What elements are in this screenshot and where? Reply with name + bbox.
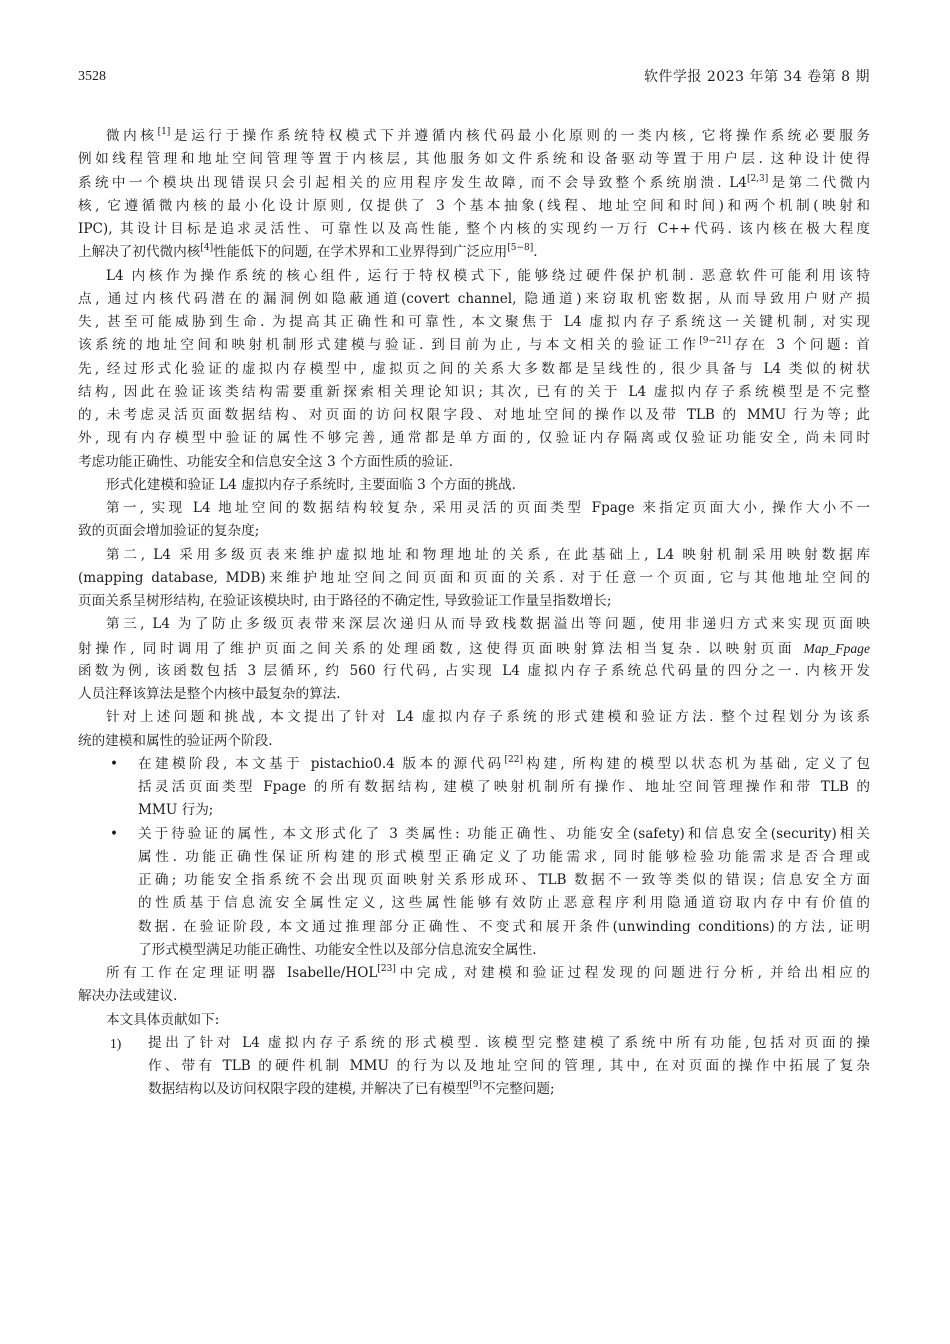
line-text: 第三, L4 为了防止多级页表带来深层次递归从而导致栈数据溢出等问题, 使用非递… bbox=[106, 616, 870, 632]
line-text: 结构, 因此在验证该类结构需要重新探索相关理论知识; 其次, 已有的关于 L4 … bbox=[78, 384, 870, 400]
paragraph: 本文具体贡献如下: bbox=[78, 1009, 870, 1032]
text-line: 页面关系呈树形结构, 在验证该模块时, 由于路径的不确定性, 导致验证工作量呈指… bbox=[78, 590, 870, 613]
text-line: 第二, L4 采用多级页表来维护虚拟地址和物理地址的关系, 在此基础上, L4 … bbox=[78, 544, 870, 567]
text-line: IPC), 其设计目标是追求灵活性、可靠性以及高性能, 整个内核的实现约一万行 … bbox=[78, 218, 870, 241]
line-text: 针对上述问题和挑战, 本文提出了针对 L4 虚拟内存子系统的形式建模和验证方法.… bbox=[106, 709, 870, 725]
article-body: 微内核[1]是运行于操作系统特权模式下并遵循内核代码最小化原则的一类内核, 它将… bbox=[78, 125, 870, 1102]
text-line: 微内核[1]是运行于操作系统特权模式下并遵循内核代码最小化原则的一类内核, 它将… bbox=[78, 125, 870, 148]
line-text: 作、带有 TLB 的硬件机制 MMU 的行为以及地址空间的管理, 其中, 在对页… bbox=[148, 1058, 870, 1074]
line-text: 第一, 实现 L4 地址空间的数据结构较复杂, 采用灵活的页面类型 Fpage … bbox=[106, 500, 870, 516]
text-line: 点, 通过内核代码潜在的漏洞例如隐蔽通道(covert channel, 隐通道… bbox=[78, 288, 870, 311]
text-line: 外, 现有内存模型中验证的属性不够完善, 通常都是单方面的, 仅验证内存隔离或仅… bbox=[78, 427, 870, 450]
line-text: 所有工作在定理证明器 Isabelle/HOL[23]中完成, 对建模和验证过程… bbox=[106, 965, 870, 981]
bullet-item: •在建模阶段, 本文基于 pistachio0.4 版本的源代码[22]构建, … bbox=[78, 753, 870, 823]
text-line: 1)提出了针对 L4 虚拟内存子系统的形式模型. 该模型完整建模了系统中所有功能… bbox=[78, 1032, 870, 1055]
paragraph: 微内核[1]是运行于操作系统特权模式下并遵循内核代码最小化原则的一类内核, 它将… bbox=[78, 125, 870, 265]
citation-ref[interactable]: [22] bbox=[505, 755, 523, 765]
line-text: 正确; 功能安全指系统不会出现页面映射关系形成环、TLB 数据不一致等类似的错误… bbox=[138, 872, 870, 888]
line-text: 失, 甚至可能威胁到生命. 为提高其正确性和可靠性, 本文聚焦于 L4 虚拟内存… bbox=[78, 314, 870, 330]
line-text: 在建模阶段, 本文基于 pistachio0.4 版本的源代码[22]构建, 所… bbox=[138, 756, 870, 772]
journal-info: 软件学报 2023 年第 34 卷第 8 期 bbox=[644, 66, 870, 88]
line-text: 该系统的地址空间和映射机制形式建模与验证. 到目前为止, 与本文相关的验证工作[… bbox=[78, 337, 870, 353]
paragraph: 第二, L4 采用多级页表来维护虚拟地址和物理地址的关系, 在此基础上, L4 … bbox=[78, 544, 870, 614]
line-text: 第二, L4 采用多级页表来维护虚拟地址和物理地址的关系, 在此基础上, L4 … bbox=[106, 547, 870, 563]
paragraph: 所有工作在定理证明器 Isabelle/HOL[23]中完成, 对建模和验证过程… bbox=[78, 962, 870, 1009]
text-line: 核, 它遵循微内核的最小化设计原则, 仅提供了 3 个基本抽象(线程、地址空间和… bbox=[78, 195, 870, 218]
line-text: 上解决了初代微内核[4]性能低下的问题, 在学术界和工业界得到广泛应用[5−8]… bbox=[78, 244, 538, 260]
citation-ref[interactable]: [9−21] bbox=[699, 336, 731, 346]
bullet-icon: • bbox=[110, 753, 118, 776]
bullet-icon: • bbox=[110, 823, 118, 846]
page-number: 3528 bbox=[78, 66, 106, 88]
line-text: 先, 经过形式化验证的虚拟内存模型中, 虚拟页之间的关系大多数都是呈线性的, 很… bbox=[78, 361, 870, 377]
text-line: 形式化建模和验证 L4 虚拟内存子系统时, 主要面临 3 个方面的挑战. bbox=[78, 474, 870, 497]
text-line: 针对上述问题和挑战, 本文提出了针对 L4 虚拟内存子系统的形式建模和验证方法.… bbox=[78, 706, 870, 729]
text-line: 第一, 实现 L4 地址空间的数据结构较复杂, 采用灵活的页面类型 Fpage … bbox=[78, 497, 870, 520]
line-text: 系统中一个模块出现错误只会引起相关的应用程序发生故障, 而不会导致整个系统崩溃.… bbox=[78, 175, 870, 191]
line-text: IPC), 其设计目标是追求灵活性、可靠性以及高性能, 整个内核的实现约一万行 … bbox=[78, 221, 870, 237]
line-text: 数据. 在验证阶段, 本文通过推理部分正确性、不变式和展开条件(unwindin… bbox=[138, 919, 870, 935]
bullet-item: •关于待验证的属性, 本文形式化了 3 类属性: 功能正确性、功能安全(safe… bbox=[78, 823, 870, 963]
text-line: •在建模阶段, 本文基于 pistachio0.4 版本的源代码[22]构建, … bbox=[78, 753, 870, 776]
line-text: 点, 通过内核代码潜在的漏洞例如隐蔽通道(covert channel, 隐通道… bbox=[78, 291, 870, 307]
paragraph: 形式化建模和验证 L4 虚拟内存子系统时, 主要面临 3 个方面的挑战. bbox=[78, 474, 870, 497]
citation-ref[interactable]: [2,3] bbox=[747, 174, 768, 184]
paragraph: 第三, L4 为了防止多级页表带来深层次递归从而导致栈数据溢出等问题, 使用非递… bbox=[78, 613, 870, 706]
line-text: 核, 它遵循微内核的最小化设计原则, 仅提供了 3 个基本抽象(线程、地址空间和… bbox=[78, 198, 870, 214]
line-text: (mapping database, MDB)来维护地址空间之间页面和页面的关系… bbox=[78, 570, 870, 586]
text-line: 所有工作在定理证明器 Isabelle/HOL[23]中完成, 对建模和验证过程… bbox=[78, 962, 870, 985]
line-text: 人员注释该算法是整个内核中最复杂的算法. bbox=[78, 686, 341, 702]
line-text: 外, 现有内存模型中验证的属性不够完善, 通常都是单方面的, 仅验证内存隔离或仅… bbox=[78, 430, 870, 446]
text-line: 数据结构以及访问权限字段的建模, 并解决了已有模型[9]不完整问题; bbox=[78, 1078, 870, 1101]
line-text: 函数为例, 该函数包括 3 层循环, 约 560 行代码, 占实现 L4 虚拟内… bbox=[78, 663, 870, 679]
line-text: 统的建模和属性的验证两个阶段. bbox=[78, 733, 273, 749]
text-line: 函数为例, 该函数包括 3 层循环, 约 560 行代码, 占实现 L4 虚拟内… bbox=[78, 660, 870, 683]
list-number: 1) bbox=[110, 1032, 121, 1055]
citation-ref[interactable]: [23] bbox=[377, 964, 395, 974]
numbered-item: 1)提出了针对 L4 虚拟内存子系统的形式模型. 该模型完整建模了系统中所有功能… bbox=[78, 1032, 870, 1102]
text-line: 了形式模型满足功能正确性、功能安全性以及部分信息流安全属性. bbox=[78, 939, 870, 962]
text-line: 括灵活页面类型 Fpage 的所有数据结构, 建模了映射机制所有操作、地址空间管… bbox=[78, 776, 870, 799]
text-line: (mapping database, MDB)来维护地址空间之间页面和页面的关系… bbox=[78, 567, 870, 590]
line-text: 致的页面会增加验证的复杂度; bbox=[78, 523, 259, 539]
line-text: 解决办法或建议. bbox=[78, 988, 177, 1004]
paragraph: 针对上述问题和挑战, 本文提出了针对 L4 虚拟内存子系统的形式建模和验证方法.… bbox=[78, 706, 870, 753]
citation-ref[interactable]: [1] bbox=[158, 127, 171, 137]
text-line: 的性质基于信息流安全属性定义, 这些属性能够有效防止恶意程序利用隐通道窃取内存中… bbox=[78, 892, 870, 915]
text-line: 系统中一个模块出现错误只会引起相关的应用程序发生故障, 而不会导致整个系统崩溃.… bbox=[78, 172, 870, 195]
line-text: 本文具体贡献如下: bbox=[106, 1012, 219, 1028]
page-header: 3528 软件学报 2023 年第 34 卷第 8 期 bbox=[78, 66, 870, 88]
citation-ref[interactable]: [9] bbox=[469, 1080, 482, 1090]
line-text: 了形式模型满足功能正确性、功能安全性以及部分信息流安全属性. bbox=[138, 942, 537, 958]
line-text: 属性. 功能正确性保证所构建的形式模型正确定义了功能需求, 同时能够检验功能需求… bbox=[138, 849, 870, 865]
line-text: 关于待验证的属性, 本文形式化了 3 类属性: 功能正确性、功能安全(safet… bbox=[138, 826, 870, 842]
text-line: MMU 行为; bbox=[78, 799, 870, 822]
text-line: 第三, L4 为了防止多级页表带来深层次递归从而导致栈数据溢出等问题, 使用非递… bbox=[78, 613, 870, 636]
text-line: 射操作, 同时调用了维护页面之间关系的处理函数, 这使得页面映射算法相当复杂. … bbox=[78, 637, 870, 660]
text-line: 统的建模和属性的验证两个阶段. bbox=[78, 730, 870, 753]
text-line: 的, 未考虑灵活页面数据结构、对页面的访问权限字段、对地址空间的操作以及带 TL… bbox=[78, 404, 870, 427]
paragraph: L4 内核作为操作系统的核心组件, 运行于特权模式下, 能够绕过硬件保护机制. … bbox=[78, 265, 870, 474]
line-text: 例如线程管理和地址空间管理等置于内核层, 其他服务如文件系统和设备驱动等置于用户… bbox=[78, 151, 870, 167]
line-text: 数据结构以及访问权限字段的建模, 并解决了已有模型[9]不完整问题; bbox=[148, 1081, 555, 1097]
text-line: L4 内核作为操作系统的核心组件, 运行于特权模式下, 能够绕过硬件保护机制. … bbox=[78, 265, 870, 288]
text-line: 上解决了初代微内核[4]性能低下的问题, 在学术界和工业界得到广泛应用[5−8]… bbox=[78, 241, 870, 264]
text-line: 作、带有 TLB 的硬件机制 MMU 的行为以及地址空间的管理, 其中, 在对页… bbox=[78, 1055, 870, 1078]
line-text: 的性质基于信息流安全属性定义, 这些属性能够有效防止恶意程序利用隐通道窃取内存中… bbox=[138, 895, 870, 911]
text-line: 该系统的地址空间和映射机制形式建模与验证. 到目前为止, 与本文相关的验证工作[… bbox=[78, 334, 870, 357]
text-line: 解决办法或建议. bbox=[78, 985, 870, 1008]
citation-ref[interactable]: [5−8] bbox=[507, 243, 533, 253]
line-text: 射操作, 同时调用了维护页面之间关系的处理函数, 这使得页面映射算法相当复杂. … bbox=[78, 641, 870, 657]
line-text: L4 内核作为操作系统的核心组件, 运行于特权模式下, 能够绕过硬件保护机制. … bbox=[106, 268, 870, 284]
line-text: MMU 行为; bbox=[138, 802, 213, 818]
line-text: 形式化建模和验证 L4 虚拟内存子系统时, 主要面临 3 个方面的挑战. bbox=[106, 477, 516, 493]
text-line: 属性. 功能正确性保证所构建的形式模型正确定义了功能需求, 同时能够检验功能需求… bbox=[78, 846, 870, 869]
citation-ref[interactable]: [4] bbox=[200, 243, 213, 253]
line-text: 页面关系呈树形结构, 在验证该模块时, 由于路径的不确定性, 导致验证工作量呈指… bbox=[78, 593, 611, 609]
text-line: 结构, 因此在验证该类结构需要重新探索相关理论知识; 其次, 已有的关于 L4 … bbox=[78, 381, 870, 404]
line-text: 提出了针对 L4 虚拟内存子系统的形式模型. 该模型完整建模了系统中所有功能,包… bbox=[148, 1035, 870, 1051]
text-line: 数据. 在验证阶段, 本文通过推理部分正确性、不变式和展开条件(unwindin… bbox=[78, 916, 870, 939]
paragraph: 第一, 实现 L4 地址空间的数据结构较复杂, 采用灵活的页面类型 Fpage … bbox=[78, 497, 870, 544]
text-line: 先, 经过形式化验证的虚拟内存模型中, 虚拟页之间的关系大多数都是呈线性的, 很… bbox=[78, 358, 870, 381]
text-line: •关于待验证的属性, 本文形式化了 3 类属性: 功能正确性、功能安全(safe… bbox=[78, 823, 870, 846]
line-text: 括灵活页面类型 Fpage 的所有数据结构, 建模了映射机制所有操作、地址空间管… bbox=[138, 779, 870, 795]
text-line: 人员注释该算法是整个内核中最复杂的算法. bbox=[78, 683, 870, 706]
text-line: 考虑功能正确性、功能安全和信息安全这 3 个方面性质的验证. bbox=[78, 451, 870, 474]
text-line: 失, 甚至可能威胁到生命. 为提高其正确性和可靠性, 本文聚焦于 L4 虚拟内存… bbox=[78, 311, 870, 334]
function-name: Map_Fpage bbox=[804, 641, 870, 656]
text-line: 例如线程管理和地址空间管理等置于内核层, 其他服务如文件系统和设备驱动等置于用户… bbox=[78, 148, 870, 171]
line-text: 的, 未考虑灵活页面数据结构、对页面的访问权限字段、对地址空间的操作以及带 TL… bbox=[78, 407, 870, 423]
text-line: 正确; 功能安全指系统不会出现页面映射关系形成环、TLB 数据不一致等类似的错误… bbox=[78, 869, 870, 892]
text-line: 本文具体贡献如下: bbox=[78, 1009, 870, 1032]
line-text: 微内核[1]是运行于操作系统特权模式下并遵循内核代码最小化原则的一类内核, 它将… bbox=[106, 128, 870, 144]
text-line: 致的页面会增加验证的复杂度; bbox=[78, 520, 870, 543]
line-text: 考虑功能正确性、功能安全和信息安全这 3 个方面性质的验证. bbox=[78, 454, 453, 470]
